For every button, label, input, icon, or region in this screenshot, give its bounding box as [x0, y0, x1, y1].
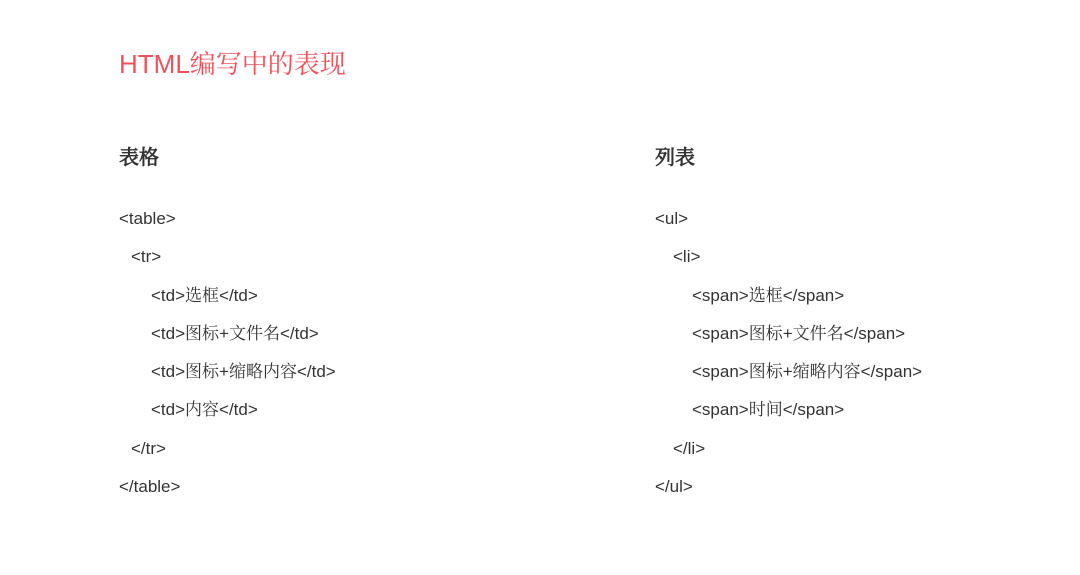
- code-line: <tr>: [119, 238, 336, 276]
- code-line: <td>图标+缩略内容</td>: [119, 353, 336, 391]
- code-line: </li>: [655, 430, 922, 468]
- code-line: <span>时间</span>: [655, 391, 922, 429]
- code-line: <td>内容</td>: [119, 391, 336, 429]
- code-line: </table>: [119, 468, 336, 506]
- code-line: <span>图标+缩略内容</span>: [655, 353, 922, 391]
- list-section-heading: 列表: [655, 145, 922, 171]
- code-line: <ul>: [655, 200, 922, 238]
- list-section: 列表 <ul> <li> <span>选框</span> <span>图标+文件…: [655, 145, 922, 506]
- code-line: <td>选框</td>: [119, 277, 336, 315]
- code-line: </ul>: [655, 468, 922, 506]
- table-section-heading: 表格: [119, 145, 336, 171]
- page-title: HTML编写中的表现: [119, 48, 346, 80]
- code-line: <td>图标+文件名</td>: [119, 315, 336, 353]
- code-line: <li>: [655, 238, 922, 276]
- code-line: <span>选框</span>: [655, 277, 922, 315]
- code-line: <span>图标+文件名</span>: [655, 315, 922, 353]
- code-line: <table>: [119, 200, 336, 238]
- code-line: </tr>: [119, 430, 336, 468]
- table-section: 表格 <table> <tr> <td>选框</td> <td>图标+文件名</…: [119, 145, 336, 506]
